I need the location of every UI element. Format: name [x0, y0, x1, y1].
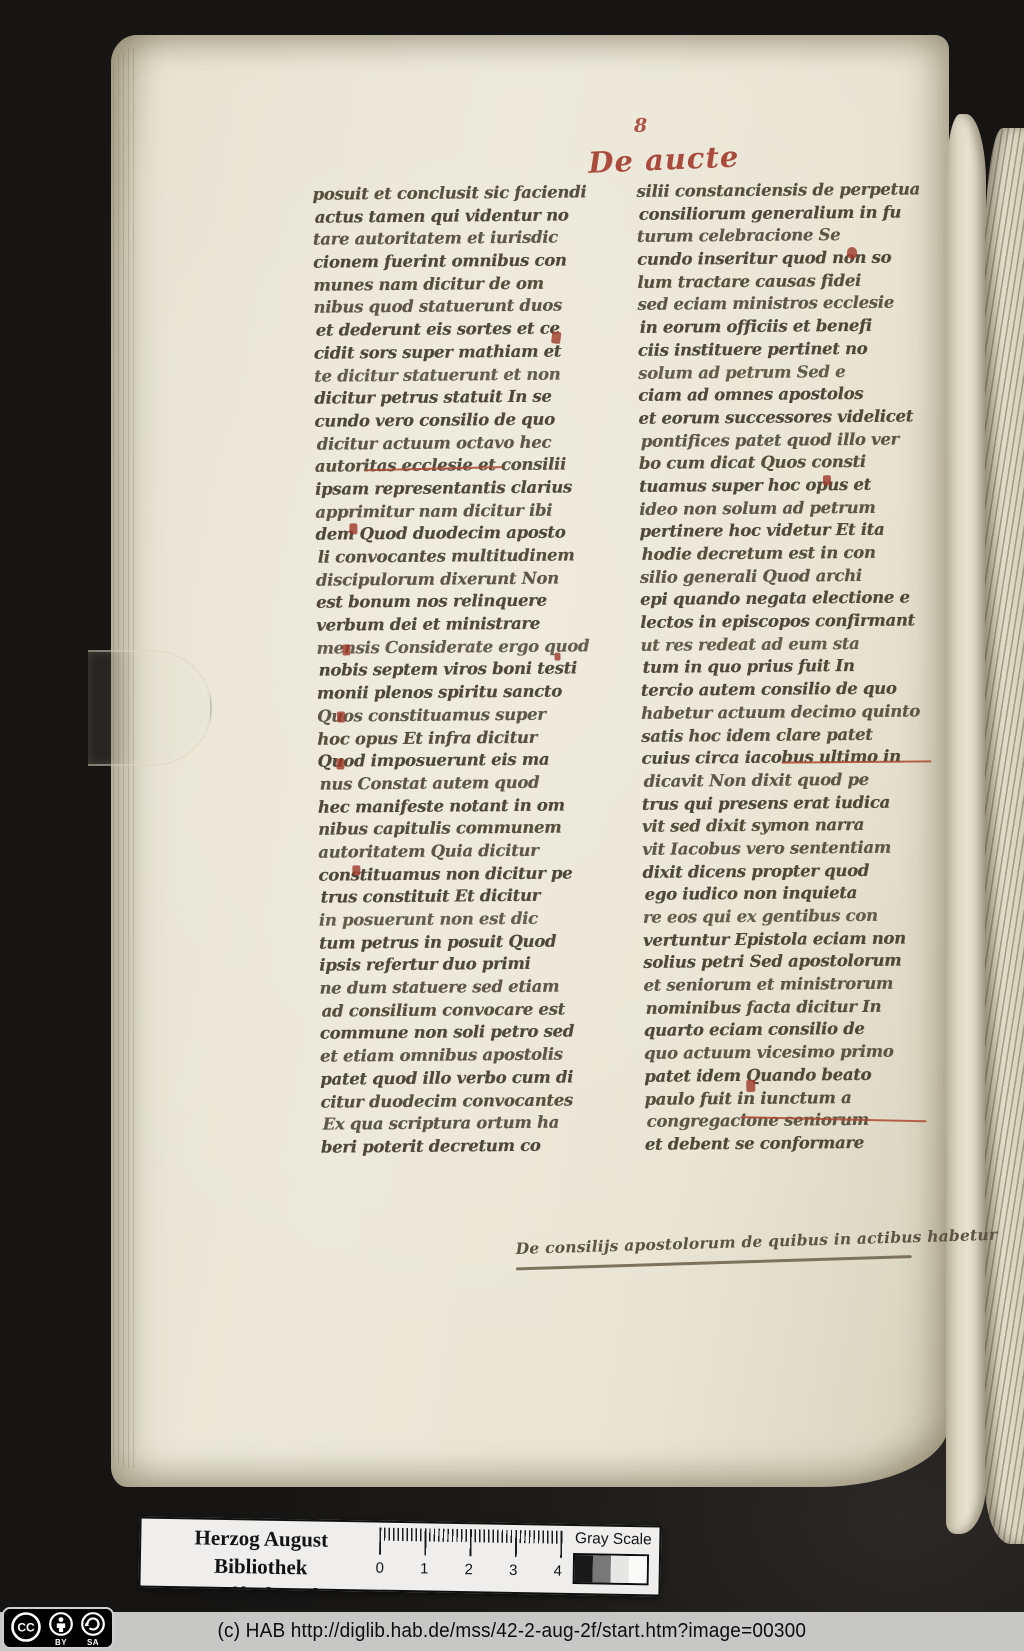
manuscript-line: tum petrus in posuit Quod [319, 931, 625, 956]
manuscript-line: tercio autem consilio de quo [641, 678, 947, 703]
manuscript-line: actus tamen qui videntur no [315, 205, 621, 230]
red-paraph-mark [352, 865, 360, 875]
manuscript-line: consiliorum generalium in fu [639, 202, 945, 227]
ruler-number: 1 [415, 1560, 433, 1577]
manuscript-line: pontifices patet quod illo ver [641, 429, 947, 454]
manuscript-line: et dederunt eis sortes et ce [316, 318, 622, 343]
folio-number: 8 [634, 115, 647, 137]
manuscript-line: ego iudico non inquieta [645, 882, 951, 907]
manuscript-line: hodie decretum est in con [642, 542, 948, 567]
manuscript-line: turum celebracione Se [637, 225, 943, 250]
manuscript-line: cionem fuerint omnibus con [313, 250, 619, 275]
manuscript-line: bo cum dicat Quos consti [639, 451, 945, 476]
manuscript-line: et etiam omnibus apostolis [320, 1044, 626, 1069]
ruler-number: 4 [549, 1563, 567, 1580]
manuscript-line: et seniorum et ministrorum [643, 973, 949, 998]
manuscript-line: sed eciam ministros ecclesie [637, 293, 943, 318]
red-paraph-mark [746, 1080, 755, 1092]
marginal-note: De consilijs apostolorum de quibus in ac… [515, 1225, 997, 1258]
manuscript-line: monii plenos spiritu sancto [317, 681, 623, 706]
manuscript-line: nibus quod statuerunt duos [313, 295, 619, 320]
manuscript-line: Quod imposuerunt eis ma [317, 749, 623, 774]
chapter-rubric: De aucte [588, 139, 740, 180]
manuscript-line: hoc opus Et infra dicitur [317, 727, 623, 752]
manuscript-line: solius petri Sed apostolorum [643, 951, 949, 976]
manuscript-line: patet quod illo verbo cum di [320, 1067, 626, 1092]
red-paraph-mark [551, 331, 561, 344]
manuscript-line: patet idem Quando beato [644, 1064, 950, 1089]
cc-sa-icon: SA [80, 1611, 106, 1647]
manuscript-line: nobis septem viros boni testi [319, 658, 625, 683]
manuscript-line: constituamus non dicitur pe [318, 863, 624, 888]
ruler-numbers: 01234 [371, 1559, 567, 1579]
manuscript-line: munes nam dicitur de om [313, 273, 619, 298]
ruler-number: 0 [371, 1559, 389, 1576]
library-name-line1: Herzog August Bibliothek [147, 1523, 376, 1583]
ruler-number: 3 [504, 1562, 522, 1579]
manuscript-line: nus Constat autem quod [320, 772, 626, 797]
manuscript-line: apprimitur nam dicitur ibi [315, 500, 621, 525]
manuscript-line: satis hoc idem clare patet [641, 724, 947, 749]
caption-text: (c) HAB http://diglib.hab.de/mss/42-2-au… [218, 1620, 807, 1643]
red-paraph-mark [847, 247, 857, 259]
manuscript-line: vit Iacobus vero sententiam [642, 837, 948, 862]
manuscript-line: vit sed dixit symon narra [642, 814, 948, 839]
library-name-line2: Wolfenbüttel [146, 1579, 374, 1611]
manuscript-line: in posuerunt non est dic [319, 908, 625, 933]
manuscript-line: dicitur petrus statuit In se [314, 386, 620, 411]
manuscript-line: mensis Considerate ergo quod [316, 636, 622, 661]
manuscript-line: paulo fuit in iunctum a [644, 1087, 950, 1112]
manuscript-line: ad consilium convocare est [322, 999, 628, 1024]
red-paraph-mark [336, 758, 344, 769]
manuscript-line: epi quando negata electione e [640, 588, 946, 613]
manuscript-line: quarto eciam consilio de [644, 1019, 950, 1044]
manuscript-line: discipulorum dixerunt Non [316, 568, 622, 593]
manuscript-line: ipsam representantis clarius [315, 477, 621, 502]
manuscript-line: silii constanciensis de perpetua [636, 179, 942, 204]
red-paraph-mark [349, 523, 357, 534]
cc-by-label: BY [55, 1638, 67, 1647]
manuscript-line: lum tractare causas fidei [637, 270, 943, 295]
manuscript-line: ut res redeat ad eum sta [640, 633, 946, 658]
manuscript-line: nibus capitulis communem [318, 817, 624, 842]
manuscript-line: vertuntur Epistola eciam non [643, 928, 949, 953]
manuscript-line: lectos in episcopos confirmant [640, 610, 946, 635]
manuscript-line: ciam ad omnes apostolos [638, 383, 944, 408]
manuscript-line: pertinere hoc videtur Et ita [639, 520, 945, 545]
manuscript-line: re eos qui ex gentibus con [643, 905, 949, 930]
gray-scale-patches [573, 1553, 650, 1585]
manuscript-line: cuius circa iacobus ultimo in [641, 746, 947, 771]
cc-sa-label: SA [87, 1638, 99, 1647]
marginal-note-underline [516, 1255, 912, 1270]
manuscript-line: nominibus facta dicitur In [646, 996, 952, 1021]
caption-bar: (c) HAB http://diglib.hab.de/mss/42-2-au… [0, 1612, 1024, 1651]
manuscript-line: et debent se conformare [645, 1132, 951, 1157]
manuscript-line: ipsis refertur duo primi [319, 953, 625, 978]
manuscript-line: autoritatem Quia dicitur [318, 840, 624, 865]
gray-scale-patch [611, 1556, 629, 1583]
manuscript-line: verbum dei et ministrare [316, 613, 622, 638]
manuscript-line: ciis instituere pertinet no [638, 338, 944, 363]
manuscript-line: est bonum nos relinquere [316, 590, 622, 615]
red-paraph-mark [337, 711, 345, 722]
cc-logo-icon: CC [10, 1611, 42, 1643]
manuscript-line: habetur actuum decimo quinto [641, 701, 947, 726]
text-column-right: silii constanciensis de perpetuaconsilio… [636, 179, 951, 1157]
red-paraph-mark [554, 653, 560, 661]
ruler-cm-ticks [379, 1528, 563, 1558]
manuscript-line: congregacione seniorum [647, 1109, 953, 1134]
manuscript-line: li convocantes multitudinem [318, 545, 624, 570]
manuscript-line: cundo inseritur quod non so [637, 247, 943, 272]
manuscript-line: dixit dicens propter quod [642, 860, 948, 885]
manuscript-line: dicavit Non dixit quod pe [644, 769, 950, 794]
manuscript-line: ne dum statuere sed etiam [319, 976, 625, 1001]
gray-scale-patch [629, 1556, 647, 1583]
manuscript-line: Quos constituamus super [317, 704, 623, 729]
red-paraph-mark [823, 475, 831, 485]
manuscript-line: trus constituit Et dicitur [321, 885, 627, 910]
manuscript-line: cidit sors super mathiam et [314, 341, 620, 366]
manuscript-line: quo actuum vicesimo primo [644, 1041, 950, 1066]
manuscript-line: solum ad petrum Sed e [638, 361, 944, 386]
manuscript-line: beri poterit decretum co [321, 1135, 627, 1160]
manuscript-line: ideo non solum ad petrum [639, 497, 945, 522]
red-paraph-mark [342, 644, 350, 655]
manuscript-line: te dicitur statuerunt et non [314, 364, 620, 389]
gray-scale-label: Gray Scale [569, 1530, 657, 1550]
gray-scale-patch [593, 1555, 611, 1582]
ruler-number: 2 [460, 1561, 478, 1578]
manuscript-photo: 8 De aucte posuit et conclusit sic facie… [0, 0, 1024, 1651]
svg-text:CC: CC [17, 1621, 35, 1635]
manuscript-line: in eorum officiis et benefi [640, 315, 946, 340]
manuscript-line: tare autoritatem et iurisdic [313, 227, 619, 252]
color-target-bar: Herzog August Bibliothek Wolfenbüttel 01… [138, 1516, 661, 1596]
text-column-left: posuit et conclusit sic faciendiactus ta… [312, 182, 627, 1160]
manuscript-line: silio generali Quod archi [640, 565, 946, 590]
manuscript-line: trus qui presens erat iudica [642, 792, 948, 817]
cc-license-badge: CC BY SA [2, 1607, 114, 1649]
manuscript-line: citur duodecim convocantes [320, 1090, 626, 1115]
manuscript-line: Ex qua scriptura ortum ha [323, 1112, 629, 1137]
manuscript-line: posuit et conclusit sic faciendi [312, 182, 618, 207]
manuscript-line: hec manifeste notant in om [318, 795, 624, 820]
cc-by-icon: BY [48, 1611, 74, 1647]
manuscript-text-layer: 8 De aucte posuit et conclusit sic facie… [0, 0, 1024, 1651]
manuscript-line: dem Quod duodecim aposto [315, 522, 621, 547]
manuscript-line: tuamus super hoc opus et [639, 474, 945, 499]
library-name: Herzog August Bibliothek Wolfenbüttel [146, 1523, 375, 1611]
gray-scale-patch [575, 1555, 593, 1582]
manuscript-line: cundo vero consilio de quo [314, 409, 620, 434]
manuscript-line: et eorum successores videlicet [638, 406, 944, 431]
manuscript-line: dicitur actuum octavo hec [317, 432, 623, 457]
manuscript-line: commune non soli petro sed [320, 1021, 626, 1046]
manuscript-line: tum in quo prius fuit In [643, 656, 949, 681]
